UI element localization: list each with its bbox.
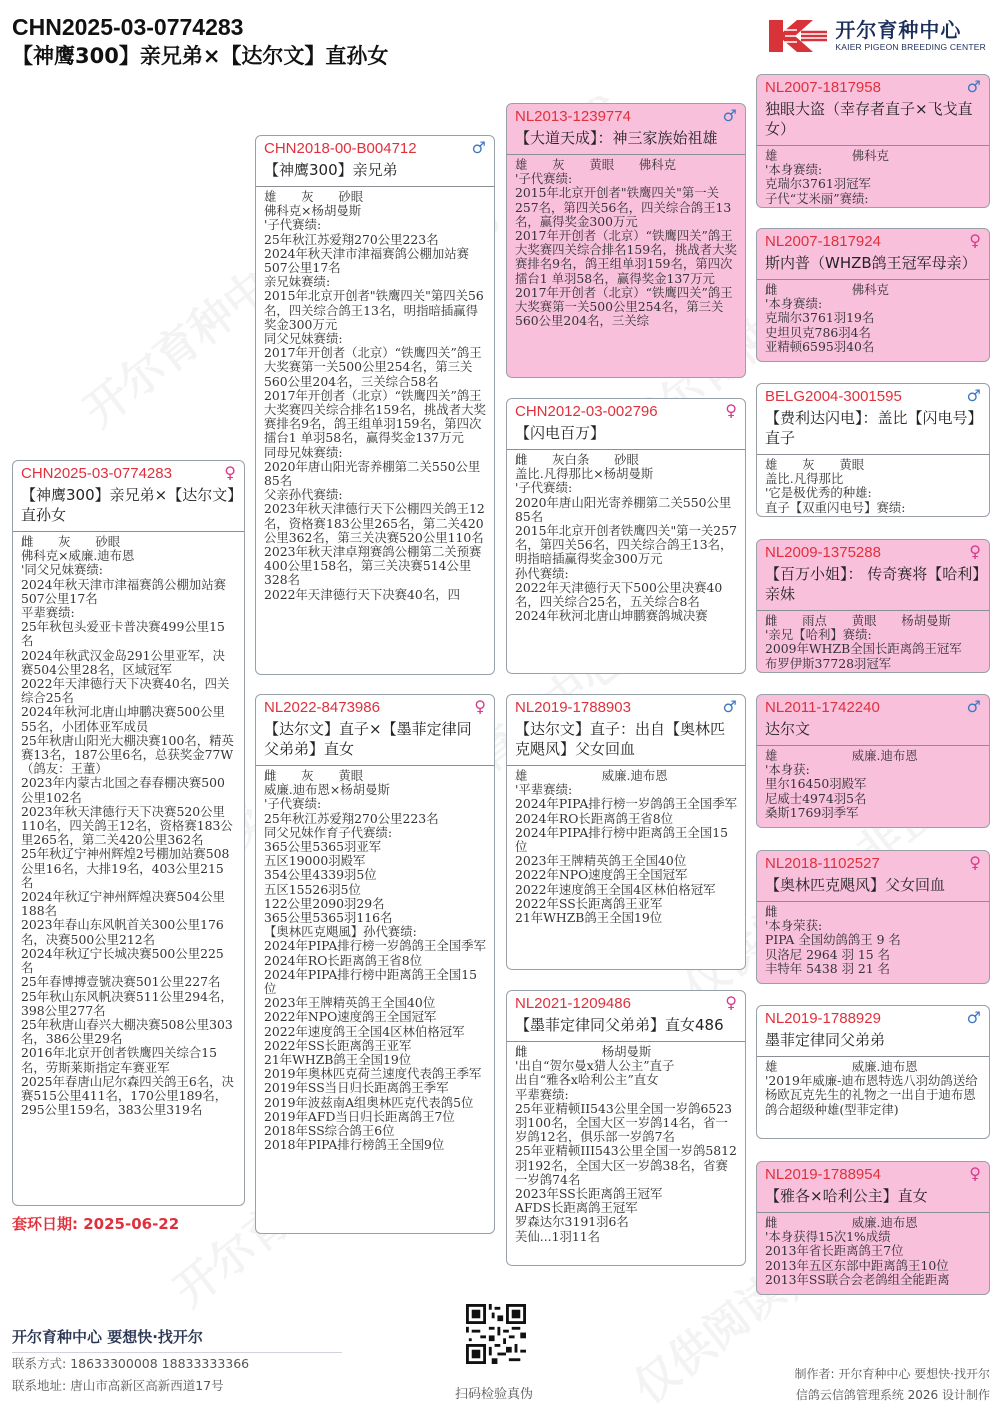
pigeon-card-dam[interactable]: NL2022-8473986 ♀ 【达尔文】直子×【墨菲定律同父弟弟】直女 雌 … [255, 694, 495, 1234]
pigeon-card-ssd[interactable]: NL2007-1817924 ♀ 斯内普（WHZB鸽王冠军母亲） 雌 佛科克'本… [756, 228, 990, 362]
record-line: 2015年北京开创者铁鹰四关"第一关257名，第四关56名，四关综合鸽王13名，… [515, 524, 737, 567]
record-line: 2024年秋河北唐山坤鹏决赛500公里55名，小团体亚军成员 [21, 705, 236, 733]
male-icon: ♂ [967, 387, 981, 405]
record-line: 克瑞尔3761羽冠军 [765, 177, 981, 191]
record-line: '本身赛绩: [765, 163, 981, 177]
female-icon: ♀ [474, 698, 486, 716]
record-line: 354公里4339羽5位 [264, 868, 486, 882]
ring-date: 套环日期: 2025-06-22 [12, 1213, 179, 1234]
record-line: 佛科克×杨胡曼斯 [264, 204, 486, 218]
card-header: NL2019-1788929 ♂ 墨菲定律同父弟弟 [757, 1006, 989, 1057]
record-line: 2024年PIPA排行榜一岁鸽鸽王全国季军 [515, 797, 737, 811]
contact-phone: 联系方式: 18633300008 18833333366 [12, 1353, 342, 1375]
card-body: 雌 雨点 黄眼 杨胡曼斯'亲兄【哈利】赛绩:2009年WHZB全国长距离鸽王冠军… [757, 611, 989, 673]
record-line: 2023年内蒙古北国之春春棚决赛500公里102名 [21, 776, 236, 804]
card-header: NL2022-8473986 ♀ 【达尔文】直子×【墨菲定律同父弟弟】直女 [256, 695, 494, 766]
record-line: 122公里2090羽29名 [264, 897, 486, 911]
record-line: 2024年秋河北唐山坤鹏赛鸽城决赛 [515, 609, 737, 623]
card-header: NL2019-1788903 ♂ 【达尔文】直子：出自【奥林匹克飓风】父女回血 [507, 695, 745, 766]
record-line: '子代赛绩: [515, 481, 737, 495]
ring-number: NL2019-1788903 [515, 699, 737, 717]
pigeon-name: 【闪电百万】 [515, 423, 737, 443]
record-line: '出自“贺尔曼x猎人公主”直子 [515, 1059, 737, 1073]
pigeon-card-dam-dam[interactable]: NL2021-1209486 ♀ 【墨菲定律同父弟弟】直女486 雌 杨胡曼斯'… [506, 990, 746, 1266]
record-line: 2024年RO长距离鸽王省8位 [264, 954, 486, 968]
record-line: 史坦贝克786羽4名 [765, 326, 981, 340]
record-line: 五区19000羽殿军 [264, 854, 486, 868]
record-line: 盖比.凡得那比×杨胡曼斯 [515, 467, 737, 481]
record-line: 2022年天津德行天下决赛40名，四 [264, 588, 486, 602]
record-line: 2015年北京开创者"铁鹰四关"第一关257名，第四关56名，四关综合鸽王13名… [515, 186, 737, 229]
footer-contact: 开尔育种中心 要想快·找开尔 联系方式: 18633300008 1883333… [12, 1326, 342, 1397]
record-line: '本身赛绩: [765, 297, 981, 311]
card-body: 雌 杨胡曼斯'出自“贺尔曼x猎人公主”直子出自“雅各x哈利公主”直女平辈赛绩:2… [507, 1042, 745, 1247]
pigeon-card-sss[interactable]: NL2007-1817958 ♂ 独眼大盗（幸存者直子×飞戈直女） 雄 佛科克'… [756, 74, 990, 208]
contact-label: 联系方式: [12, 1356, 66, 1371]
pigeon-name: 【雅各×哈利公主】直女 [765, 1186, 981, 1206]
pigeon-name: 墨菲定律同父弟弟 [765, 1030, 981, 1050]
record-line: 2022年NPO速度鸽王全国冠军 [515, 868, 737, 882]
pigeon-name: 达尔文 [765, 719, 981, 739]
card-header: NL2007-1817924 ♀ 斯内普（WHZB鸽王冠军母亲） [757, 229, 989, 280]
card-header: CHN2025-03-0774283 ♀ 【神鹰300】亲兄弟×【达尔文】直孙女 [13, 461, 244, 532]
male-icon: ♂ [472, 139, 486, 157]
record-line: '平辈赛绩: [515, 783, 737, 797]
record-line: 2024年PIPA排行榜中距离鸽王全国15位 [515, 826, 737, 854]
record-line: 2018年SS综合鸽王6位 [264, 1124, 486, 1138]
record-line: 2022年SS长距离鸽王亚军 [264, 1039, 486, 1053]
female-icon: ♀ [969, 543, 981, 561]
record-line: 25年秋唐山阳光大棚决赛100名，精英赛13名，187公里6名，总获奖金77W（… [21, 734, 236, 777]
record-line: 2022年速度鸽王全国4区林伯格冠军 [264, 1025, 486, 1039]
record-line: 【奥林匹克飓風】孙代赛绩: [264, 925, 486, 939]
record-line: 25年春博搏壹號决赛501公里227名 [21, 975, 236, 989]
ring-number: CHN2018-00-B004712 [264, 140, 486, 158]
record-line: 25年秋江苏爱翔270公里223名 [264, 233, 486, 247]
pigeon-name: 【奥林匹克飓风】父女回血 [765, 875, 981, 895]
ring-number: NL2013-1239774 [515, 108, 737, 126]
title-pigeon-name: 【神鹰300】亲兄弟×【达尔文】直孙女 [12, 40, 388, 72]
record-line: 五区15526羽5位 [264, 883, 486, 897]
record-line: 雄 佛科克 [765, 149, 981, 163]
record-line: 尼威士4974羽5名 [765, 792, 981, 806]
ring-number: NL2019-1788929 [765, 1010, 981, 1028]
record-line: 2024年秋天津市津福赛鸽公棚加站赛507公里17名 [264, 247, 486, 275]
card-header: NL2021-1209486 ♀ 【墨菲定律同父弟弟】直女486 [507, 991, 745, 1042]
ring-number: NL2007-1817958 [765, 79, 981, 97]
document-title: CHN2025-03-0774283 【神鹰300】亲兄弟×【达尔文】直孙女 [12, 14, 388, 72]
card-body: 雌 灰 砂眼佛科克×威廉.迪布恩'同父兄妹赛绩:2024年秋天津市津福赛鸽公棚加… [13, 532, 244, 1120]
pigeon-name: 【神鹰300】亲兄弟 [264, 160, 486, 180]
female-icon: ♀ [725, 402, 737, 420]
record-line: 365公里5365羽亚军 [264, 840, 486, 854]
brand-logo: 开尔育种中心 KAIER PIGEON BREEDING CENTER [767, 18, 986, 54]
pigeon-card-subject[interactable]: CHN2025-03-0774283 ♀ 【神鹰300】亲兄弟×【达尔文】直孙女… [12, 460, 245, 1206]
record-line: 平辈赛绩: [515, 1088, 737, 1102]
record-line: 21年WHZB鸽王全国19位 [264, 1053, 486, 1067]
male-icon: ♂ [967, 78, 981, 96]
record-line: 2019年奥林匹克荷兰速度代表鸽王季军 [264, 1067, 486, 1081]
female-icon: ♀ [224, 464, 236, 482]
address-value: 唐山市高新区高新西道17号 [70, 1378, 223, 1393]
record-line: 雄 灰 黄眼 佛科克 [515, 158, 737, 172]
record-line: 里尔16450羽殿军 [765, 777, 981, 791]
address-label: 联系地址: [12, 1378, 66, 1393]
pigeon-card-dds[interactable]: NL2019-1788929 ♂ 墨菲定律同父弟弟 雄 威廉.迪布恩'2019年… [756, 1005, 990, 1139]
record-line: 雌 灰白条 砂眼 [515, 453, 737, 467]
record-line: 365公里5365羽116名 [264, 911, 486, 925]
record-line: 2024年RO长距离鸽王省8位 [515, 812, 737, 826]
ring-number: NL2022-8473986 [264, 699, 486, 717]
card-body: 雄 灰 砂眼佛科克×杨胡曼斯'子代赛绩:25年秋江苏爱翔270公里223名202… [256, 187, 494, 605]
record-line: 2022年SS长距离鸽王亚军 [515, 897, 737, 911]
record-line: 2022年速度鸽王全国4区林伯格冠军 [515, 883, 737, 897]
brand-name-cn: 开尔育种中心 [835, 19, 986, 41]
ring-number: BELG2004-3001595 [765, 388, 981, 406]
record-line: 25年秋山东风帆决赛511公里294名，398公里277名 [21, 990, 236, 1018]
record-line: 威廉.迪布恩×杨胡曼斯 [264, 783, 486, 797]
record-line: 雌 佛科克 [765, 283, 981, 297]
pigeon-card-sire-sire[interactable]: NL2013-1239774 ♂ 【大道天成】：神三家族始祖雄 雄 灰 黄眼 佛… [506, 103, 746, 378]
record-line: 雌 杨胡曼斯 [515, 1045, 737, 1059]
record-line: '本身获: [765, 763, 981, 777]
record-line: 2024年秋天津市津福赛鸽公棚加站赛507公里17名 [21, 578, 236, 606]
female-icon: ♀ [969, 232, 981, 250]
pigeon-card-dss[interactable]: NL2011-1742240 ♂ 达尔文 雄 威廉.迪布恩'本身获:里尔1645… [756, 694, 990, 828]
card-body: 雌 佛科克'本身赛绩:克瑞尔3761羽19名史坦贝克786羽4名亚精顿6595羽… [757, 280, 989, 357]
card-header: NL2018-1102527 ♀ 【奥林匹克飓风】父女回血 [757, 851, 989, 902]
record-line: 25年秋唐山春兴大棚决赛508公里303名，386公里29名 [21, 1018, 236, 1046]
record-line: '2019年威廉-迪布恩特选八羽幼鸽送给杨欧瓦克先生的礼物之一出自于迪布恩鸽合超… [765, 1074, 981, 1117]
record-line: 贝洛尼 2964 羽 15 名 [765, 948, 981, 962]
record-line: 2009年WHZB全国长距离鸽王冠军 [765, 642, 981, 656]
pigeon-card-dam-sire[interactable]: NL2019-1788903 ♂ 【达尔文】直子：出自【奥林匹克飓风】父女回血 … [506, 694, 746, 970]
record-line: 2024年PIPA排行榜中距离鸽王全国15位 [264, 968, 486, 996]
ring-number: NL2009-1375288 [765, 544, 981, 562]
pigeon-name: 独眼大盗（幸存者直子×飞戈直女） [765, 99, 981, 139]
record-line: 雌 灰 砂眼 [21, 535, 236, 549]
maker-line: 制作者: 开尔育种中心 要想快·找开尔 [795, 1364, 991, 1385]
card-body: 雌 灰 黄眼威廉.迪布恩×杨胡曼斯'子代赛绩:25年秋江苏爱翔270公里223名… [256, 766, 494, 1155]
ring-number: CHN2025-03-0774283 [21, 465, 236, 483]
record-line: 2022年NPO速度鸽王全国冠军 [264, 1010, 486, 1024]
ring-number: NL2021-1209486 [515, 995, 737, 1013]
record-line: 亲兄妹赛绩: [264, 275, 486, 289]
card-body: 雄 威廉.迪布恩'本身获:里尔16450羽殿军尼威士4974羽5名桑斯1769羽… [757, 746, 989, 823]
record-line: '子代赛绩: [264, 797, 486, 811]
ring-number: NL2018-1102527 [765, 855, 981, 873]
record-line: 2017年开创者（北京）“铁鹰四关”鸽王大奖赛第一关500公里254名，第三关5… [515, 286, 737, 329]
record-line: 亚精顿6595羽40名 [765, 340, 981, 354]
card-header: NL2009-1375288 ♀ 【百万小姐】： 传奇赛将【哈利】亲妹 [757, 540, 989, 611]
record-line: 2019年波兹南A组奥林匹克代表鸽5位 [264, 1096, 486, 1110]
card-header: NL2011-1742240 ♂ 达尔文 [757, 695, 989, 746]
card-header: NL2007-1817958 ♂ 独眼大盗（幸存者直子×飞戈直女） [757, 75, 989, 146]
record-line: 盖比.凡得那比 [765, 472, 981, 486]
record-line: 2016年北京开创者铁鹰四关综合15名，劳斯莱斯指定车赛亚军 [21, 1046, 236, 1074]
maker-system-line: 信鸽云信鸽管理系统 2026 设计制作 [795, 1385, 991, 1406]
male-icon: ♂ [967, 1009, 981, 1027]
record-line: 2015年北京开创者"铁鹰四关"第四关56名，四关综合鸽王13名，明指暗插赢得奖… [264, 289, 486, 332]
record-line: 佛科克×威廉.迪布恩 [21, 549, 236, 563]
pigeon-card-dsd[interactable]: NL2018-1102527 ♀ 【奥林匹克飓风】父女回血 雌'本身荣获:PIP… [756, 850, 990, 984]
maker-info: 制作者: 开尔育种中心 要想快·找开尔 信鸽云信鸽管理系统 2026 设计制作 [795, 1364, 991, 1406]
ring-number: CHN2012-03-002796 [515, 403, 737, 421]
card-body: 雄 灰 黄眼盖比.凡得那比'它是极优秀的种雄:直子【双重闪电号】赛绩: [757, 455, 989, 517]
record-line: 2025年春唐山尼尔森四关鸽王6名，决赛515公里411名，170公里189名，… [21, 1075, 236, 1118]
record-line: 同父兄妹作育子代赛绩: [264, 826, 486, 840]
card-body: 雄 灰 黄眼 佛科克'子代赛绩:2015年北京开创者"铁鹰四关"第一关257名，… [507, 155, 745, 331]
pigeon-card-sire-dam[interactable]: CHN2012-03-002796 ♀ 【闪电百万】 雌 灰白条 砂眼盖比.凡得… [506, 398, 746, 674]
record-line: 2017年开创者（北京）“铁鹰四关”鸽王大奖赛第一关500公里254名，第三关5… [264, 346, 486, 389]
record-line: 出自“雅各x哈利公主”直女 [515, 1073, 737, 1087]
pigeon-card-sdd[interactable]: NL2009-1375288 ♀ 【百万小姐】： 传奇赛将【哈利】亲妹 雌 雨点… [756, 539, 990, 673]
record-line: 罗森达尔3191羽6名 [515, 1215, 737, 1229]
record-line: 2020年唐山阳光寄养棚第二关550公里85名 [264, 460, 486, 488]
record-line: 2017年开创者（北京）“铁鹰四关”鸽王大奖赛四关综合排名159名，挑战者大奖赛… [515, 229, 737, 286]
pigeon-name: 【费利达闪电】：盖比【闪电号】直子 [765, 408, 981, 448]
record-line: 2024年PIPA排行榜一岁鸽鸽王全国季军 [264, 939, 486, 953]
pigeon-name: 【神鹰300】亲兄弟×【达尔文】直孙女 [21, 485, 236, 525]
record-line: 雄 威廉.迪布恩 [515, 769, 737, 783]
pigeon-name: 【墨菲定律同父弟弟】直女486 [515, 1015, 737, 1035]
card-header: CHN2012-03-002796 ♀ 【闪电百万】 [507, 399, 745, 450]
record-line: 2023年王牌精英鸽王全国40位 [515, 854, 737, 868]
ring-date-value: 2025-06-22 [83, 1215, 179, 1233]
record-line: 2020年唐山阳光寄养棚第二关550公里85名 [515, 496, 737, 524]
female-icon: ♀ [969, 854, 981, 872]
record-line: 雌 雨点 黄眼 杨胡曼斯 [765, 614, 981, 628]
qr-code-icon[interactable] [466, 1304, 526, 1364]
pigeon-name: 【大道天成】：神三家族始祖雄 [515, 128, 737, 148]
record-line: 25年亚精顿III543公里全国一岁鸽5812羽192名，全国大区一岁鸽38名，… [515, 1144, 737, 1187]
pigeon-name: 【达尔文】直子×【墨菲定律同父弟弟】直女 [264, 719, 486, 759]
record-line: 雌 威廉.迪布恩 [765, 1216, 981, 1230]
record-line: 丰特年 5438 羽 21 名 [765, 962, 981, 976]
record-line: 芙仙...1羽11名 [515, 1230, 737, 1244]
pigeon-name: 斯内普（WHZB鸽王冠军母亲） [765, 253, 981, 273]
record-line: 2018年PIPA排行榜鸽王全国9位 [264, 1138, 486, 1152]
footer-slogan: 开尔育种中心 要想快·找开尔 [12, 1326, 342, 1353]
male-icon: ♂ [967, 698, 981, 716]
record-line: 25年亚精顿II543公里全国一岁鸽6523羽100名，全国大区一岁鸽14名，省… [515, 1102, 737, 1145]
pigeon-card-ddd[interactable]: NL2019-1788954 ♀ 【雅各×哈利公主】直女 雌 威廉.迪布恩'本身… [756, 1161, 990, 1295]
pigeon-card-sds[interactable]: BELG2004-3001595 ♂ 【费利达闪电】：盖比【闪电号】直子 雄 灰… [756, 383, 990, 517]
record-line: 2013年省长距离鸽王7位 [765, 1244, 981, 1258]
record-line: 2023年秋天津德行天下决赛520公里110名，四关鸽王12名，资格赛183公里… [21, 805, 236, 848]
record-line: 2022年天津德行天下500公里决赛40名，四关综合25名，五关综合8名 [515, 581, 737, 609]
record-line: 孙代赛绩: [515, 567, 737, 581]
record-line: 克瑞尔3761羽19名 [765, 311, 981, 325]
qr-verify-label: 扫码检验真伪 [455, 1383, 533, 1402]
record-line: PIPA 全国幼鸽鸽王 9 名 [765, 933, 981, 947]
record-line: 雄 灰 砂眼 [264, 190, 486, 204]
record-line: 2022年天津德行天下决赛40名，四关综合25名 [21, 677, 236, 705]
brand-name-en: KAIER PIGEON BREEDING CENTER [835, 41, 986, 53]
record-line: 25年秋包头爱亚卡普决赛499公里15名 [21, 620, 236, 648]
record-line: 桑斯1769羽季军 [765, 806, 981, 820]
record-line: 2023年秋天津德行天下公棚四关鸽王12名，资格赛183公里265名，第二关42… [264, 502, 486, 545]
record-line: 2024年秋辽宁长城决赛500公里225名 [21, 947, 236, 975]
record-line: 父亲孙代赛绩: [264, 488, 486, 502]
record-line: 雌 灰 黄眼 [264, 769, 486, 783]
record-line: 同母兄妹赛绩: [264, 446, 486, 460]
record-line: '同父兄妹赛绩: [21, 563, 236, 577]
record-line: 雄 威廉.迪布恩 [765, 749, 981, 763]
contact-address: 联系地址: 唐山市高新区高新西道17号 [12, 1375, 342, 1397]
record-line: 雄 威廉.迪布恩 [765, 1060, 981, 1074]
record-line: 2023年春山东风帆首关300公里176名，决赛500公里212名 [21, 918, 236, 946]
record-line: '本身获得15次1%成绩 [765, 1230, 981, 1244]
record-line: 平辈赛绩: [21, 606, 236, 620]
pigeon-name: 【达尔文】直子：出自【奥林匹克飓风】父女回血 [515, 719, 737, 759]
record-line: AFDS长距离鸽王冠军 [515, 1201, 737, 1215]
card-body: 雌 威廉.迪布恩'本身获得15次1%成绩2013年省长距离鸽王7位2013年五区… [757, 1213, 989, 1290]
record-line: 2023年秋天津卓翔赛鸽公棚第二关预赛400公里158名，第三关决赛514公里3… [264, 545, 486, 588]
female-icon: ♀ [969, 1165, 981, 1183]
pigeon-card-sire[interactable]: CHN2018-00-B004712 ♂ 【神鹰300】亲兄弟 雄 灰 砂眼佛科… [255, 135, 495, 675]
record-line: 2019年SS当日归长距离鸽王季军 [264, 1081, 486, 1095]
record-line: 2023年SS长距离鸽王冠军 [515, 1187, 737, 1201]
card-header: NL2013-1239774 ♂ 【大道天成】：神三家族始祖雄 [507, 104, 745, 155]
card-body: 雄 威廉.迪布恩'2019年威廉-迪布恩特选八羽幼鸽送给杨欧瓦克先生的礼物之一出… [757, 1057, 989, 1120]
female-icon: ♀ [725, 994, 737, 1012]
male-icon: ♂ [723, 107, 737, 125]
record-line: '子代赛绩: [264, 218, 486, 232]
record-line: 2023年王牌精英鸽王全国40位 [264, 996, 486, 1010]
record-line: 25年秋江苏爱翔270公里223名 [264, 812, 486, 826]
title-ring-number: CHN2025-03-0774283 [12, 14, 388, 40]
record-line: 布罗伊斯37728羽冠军 [765, 657, 981, 671]
contact-value: 18633300008 18833333366 [70, 1356, 249, 1371]
record-line: 2019年AFD当日归长距离鸽王7位 [264, 1110, 486, 1124]
card-body: 雄 威廉.迪布恩'平辈赛绩:2024年PIPA排行榜一岁鸽鸽王全国季军2024年… [507, 766, 745, 928]
record-line: 2017年开创者（北京）“铁鹰四关”鸽王大奖赛四关综合排名159名，挑战者大奖赛… [264, 389, 486, 446]
pigeon-name: 【百万小姐】： 传奇赛将【哈利】亲妹 [765, 564, 981, 604]
record-line: 雌 [765, 905, 981, 919]
record-line: '它是极优秀的种雄: [765, 486, 981, 500]
record-line: 子代“艾米丽”赛绩: [765, 192, 981, 206]
record-line: 直子【双重闪电号】赛绩: [765, 501, 981, 515]
record-line: 同父兄妹赛绩: [264, 332, 486, 346]
record-line: 2024年秋辽宁神州辉煌决赛504公里188名 [21, 890, 236, 918]
male-icon: ♂ [723, 698, 737, 716]
ring-number: NL2007-1817924 [765, 233, 981, 251]
ring-number: NL2019-1788954 [765, 1166, 981, 1184]
card-header: BELG2004-3001595 ♂ 【费利达闪电】：盖比【闪电号】直子 [757, 384, 989, 455]
card-header: NL2019-1788954 ♀ 【雅各×哈利公主】直女 [757, 1162, 989, 1213]
ring-date-label: 套环日期: [12, 1215, 78, 1233]
kaier-logo-icon [767, 18, 829, 54]
card-body: 雌'本身荣获:PIPA 全国幼鸽鸽王 9 名贝洛尼 2964 羽 15 名丰特年… [757, 902, 989, 979]
record-line: 2024年秋武汉金岛291公里亚军，决赛504公里28名，区域冠军 [21, 649, 236, 677]
card-header: CHN2018-00-B004712 ♂ 【神鹰300】亲兄弟 [256, 136, 494, 187]
record-line: 雄 灰 黄眼 [765, 458, 981, 472]
record-line: 21年WHZB鸽王全国19位 [515, 911, 737, 925]
record-line: 2013年五区东部中距离鸽王10位 [765, 1259, 981, 1273]
record-line: '亲兄【哈利】赛绩: [765, 628, 981, 642]
card-body: 雌 灰白条 砂眼盖比.凡得那比×杨胡曼斯'子代赛绩:2020年唐山阳光寄养棚第二… [507, 450, 745, 626]
record-line: '子代赛绩: [515, 172, 737, 186]
card-body: 雄 佛科克'本身赛绩:克瑞尔3761羽冠军子代“艾米丽”赛绩: [757, 146, 989, 208]
record-line: '本身荣获: [765, 919, 981, 933]
record-line: 2013年SS联合会老鸽组全能距离 [765, 1273, 981, 1287]
record-line: 25年秋辽宁神州辉煌2号棚加站赛508公里16名，大排19名，403公里215名 [21, 847, 236, 890]
ring-number: NL2011-1742240 [765, 699, 981, 717]
